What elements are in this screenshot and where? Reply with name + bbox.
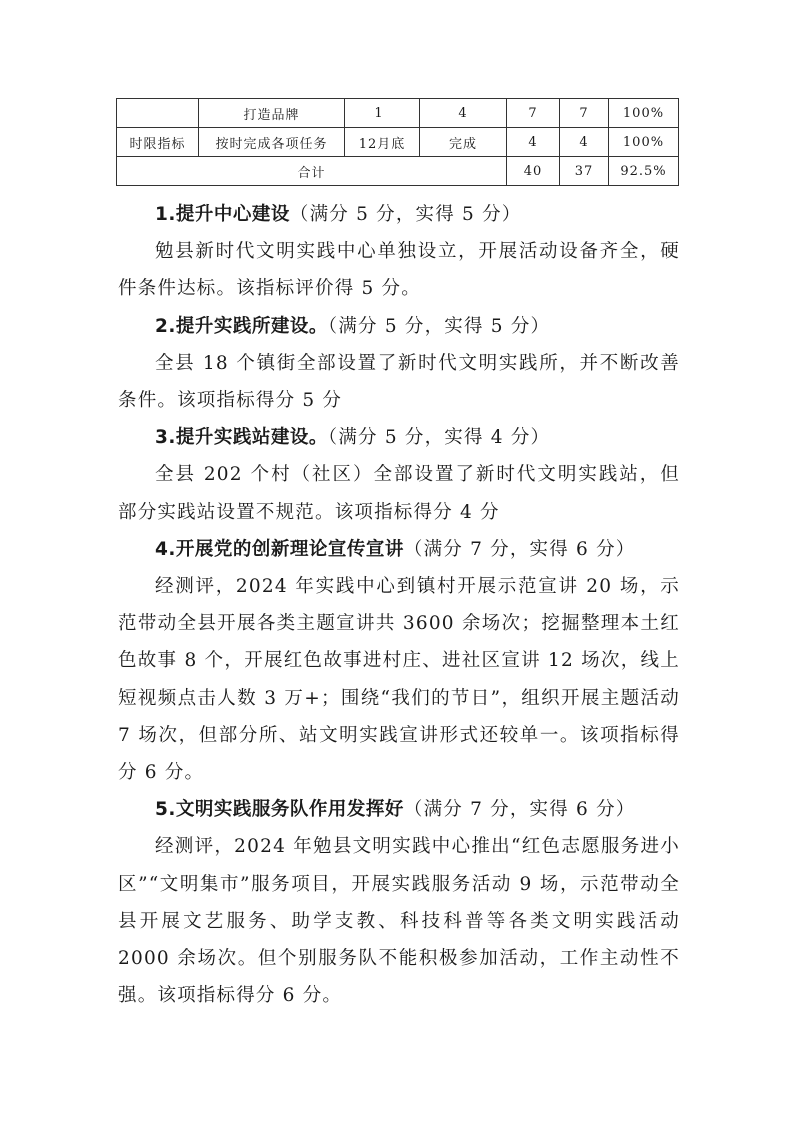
score-note: （满分 5 分，实得 4 分） [328, 427, 550, 448]
table-row: 打造品牌 1 4 7 7 100% [117, 99, 679, 128]
section-heading: 2.提升实践所建设。（满分 5 分，实得 5 分） [118, 308, 680, 345]
score-note: （满分 7 分，实得 6 分） [404, 799, 636, 820]
cell-target: 1 [345, 99, 420, 128]
heading-title: 3.提升实践站建设。 [155, 427, 328, 448]
paragraph: 经测评，2024 年勉县文明实践中心推出“红色志愿服务进小区”“文明集市”服务项… [118, 828, 680, 1014]
body-text: 1.提升中心建设（满分 5 分，实得 5 分） 勉县新时代文明实践中心单独设立，… [118, 196, 680, 1014]
cell-actual: 完成 [420, 128, 507, 157]
cell-item: 按时完成各项任务 [199, 128, 345, 157]
section-heading: 5.文明实践服务队作用发挥好（满分 7 分，实得 6 分） [118, 791, 680, 828]
cell-item: 打造品牌 [199, 99, 345, 128]
cell-rate: 100% [609, 99, 679, 128]
table-row: 时限指标 按时完成各项任务 12月底 完成 4 4 100% [117, 128, 679, 157]
score-note: （满分 5 分，实得 5 分） [290, 204, 522, 225]
cell-target: 12月底 [345, 128, 420, 157]
cell-total-full-score: 40 [507, 157, 560, 186]
cell-actual: 4 [420, 99, 507, 128]
table-total-row: 合计 40 37 92.5% [117, 157, 679, 186]
score-table: 打造品牌 1 4 7 7 100% 时限指标 按时完成各项任务 12月底 完成 … [116, 98, 679, 186]
paragraph: 经测评，2024 年实践中心到镇村开展示范宣讲 20 场，示范带动全县开展各类主… [118, 568, 680, 791]
section-heading: 1.提升中心建设（满分 5 分，实得 5 分） [118, 196, 680, 233]
section-heading: 4.开展党的创新理论宣传宣讲（满分 7 分，实得 6 分） [118, 531, 680, 568]
cell-total-rate: 92.5% [609, 157, 679, 186]
cell-full-score: 4 [507, 128, 560, 157]
paragraph: 全县 202 个村（社区）全部设置了新时代文明实践站，但部分实践站设置不规范。该… [118, 456, 680, 530]
cell-score: 4 [560, 128, 609, 157]
heading-title: 5.文明实践服务队作用发挥好 [155, 799, 404, 820]
cell-total-score: 37 [560, 157, 609, 186]
heading-title: 4.开展党的创新理论宣传宣讲 [155, 539, 404, 560]
cell-full-score: 7 [507, 99, 560, 128]
cell-category [117, 99, 199, 128]
cell-category: 时限指标 [117, 128, 199, 157]
document-page: 打造品牌 1 4 7 7 100% 时限指标 按时完成各项任务 12月底 完成 … [0, 0, 793, 1122]
cell-rate: 100% [609, 128, 679, 157]
score-note: （满分 7 分，实得 6 分） [404, 539, 636, 560]
heading-title: 1.提升中心建设 [155, 204, 290, 225]
cell-score: 7 [560, 99, 609, 128]
section-heading: 3.提升实践站建设。（满分 5 分，实得 4 分） [118, 419, 680, 456]
paragraph: 勉县新时代文明实践中心单独设立，开展活动设备齐全，硬件条件达标。该指标评价得 5… [118, 233, 680, 307]
heading-title: 2.提升实践所建设。 [155, 316, 328, 337]
cell-total-label: 合计 [117, 157, 507, 186]
score-note: （满分 5 分，实得 5 分） [328, 316, 550, 337]
paragraph: 全县 18 个镇街全部设置了新时代文明实践所，并不断改善条件。该项指标得分 5 … [118, 345, 680, 419]
